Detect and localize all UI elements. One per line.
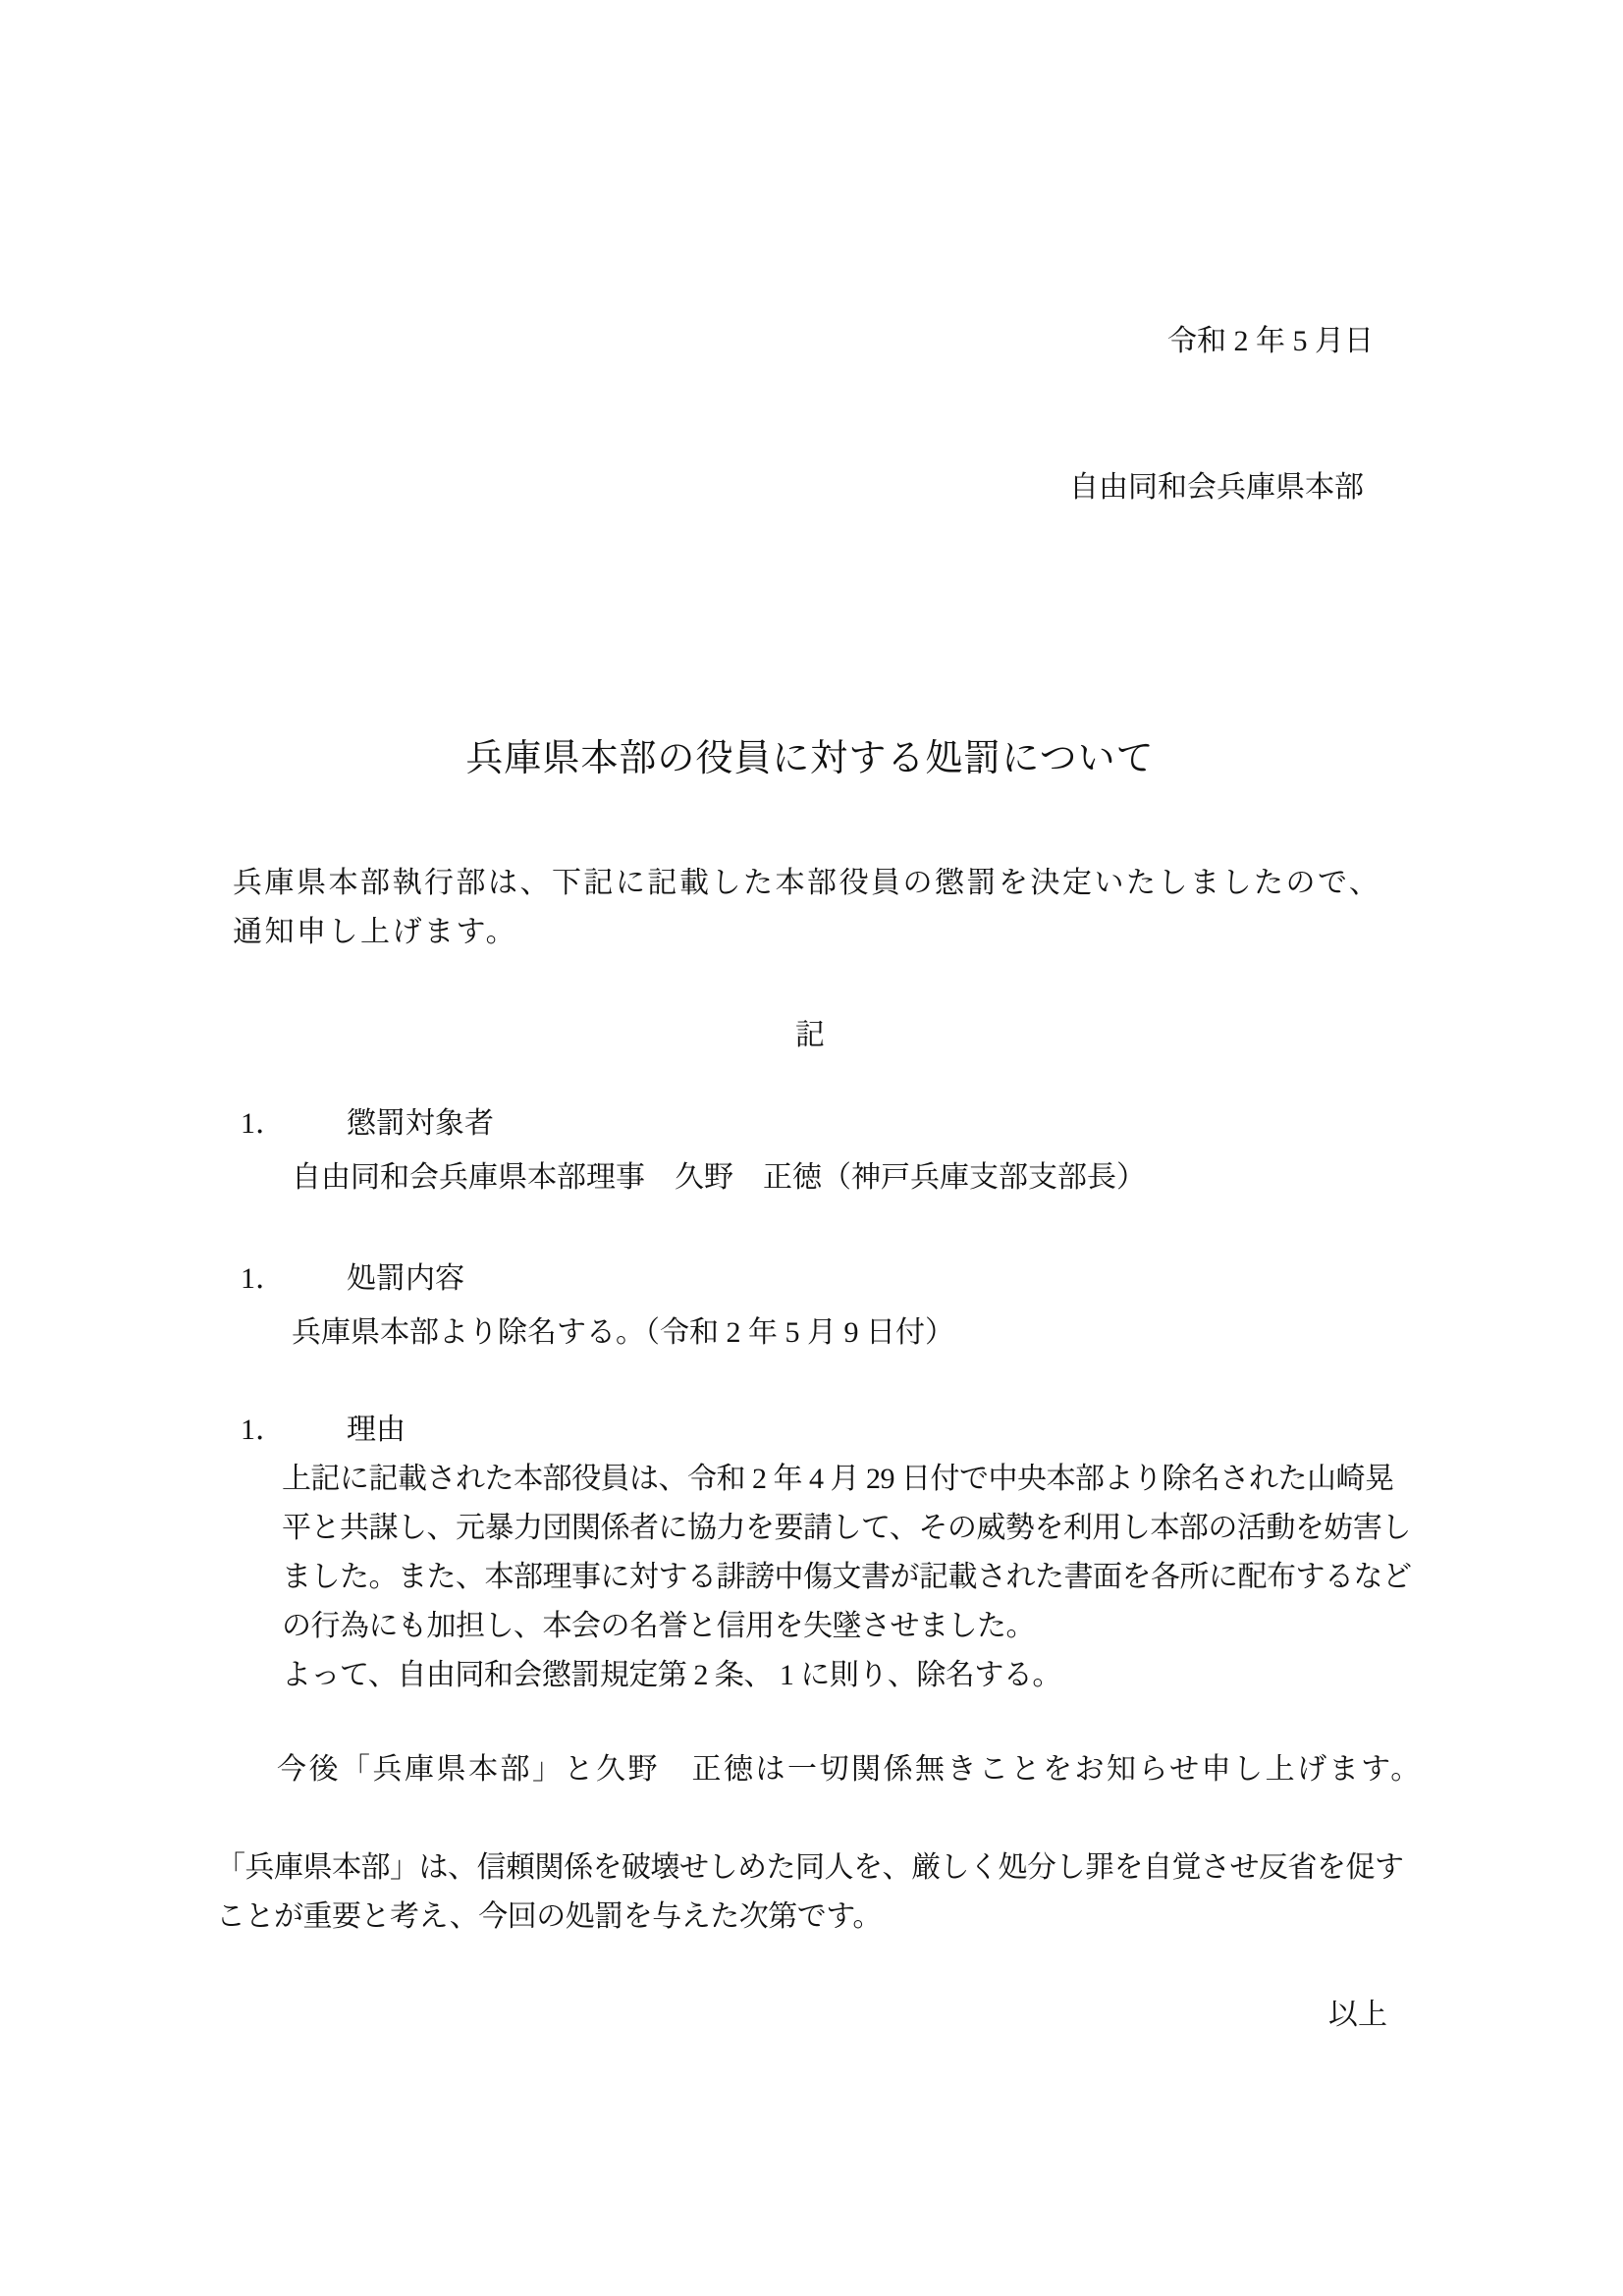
item-heading-row: 1．懲罰対象者 — [241, 1099, 1387, 1148]
issuer-name: 自由同和会兵庫県本部 — [233, 463, 1364, 512]
item-heading-label: 懲罰対象者 — [347, 1107, 494, 1140]
closing-paragraph: 「兵庫県本部」は、信頼関係を破壊せしめた同人を、厳しく処分し罪を自覚させ反省を促… — [216, 1843, 1387, 1942]
document-title: 兵庫県本部の役員に対する処罰について — [233, 731, 1387, 786]
item-body-punishment-content: 兵庫県本部より除名する。（令和 2 年 5 月 9 日付） — [292, 1308, 1387, 1358]
punishment-item-reason: 1．理由 上記に記載された本部役員は、令和 2 年 4 月 29 日付で中央本部… — [233, 1406, 1387, 1700]
item-heading-row: 1．処罰内容 — [241, 1255, 1387, 1304]
item-body-reason: 上記に記載された本部役員は、令和 2 年 4 月 29 日付で中央本部より除名さ… — [282, 1455, 1387, 1700]
item-number: 1． — [241, 1255, 347, 1304]
end-marker: 以上 — [233, 1991, 1387, 2040]
record-marker: 記 — [233, 1011, 1387, 1060]
punishment-item-target: 1．懲罰対象者 自由同和会兵庫県本部理事 久野 正徳（神戸兵庫支部支部長） — [233, 1099, 1387, 1202]
date-line: 令和 2 年 5 月日 — [233, 317, 1374, 366]
item-heading-row: 1．理由 — [241, 1406, 1387, 1455]
relationship-notice: 今後「兵庫県本部」と久野 正徳は一切関係無きことをお知らせ申し上げます。 — [277, 1745, 1387, 1794]
intro-paragraph: 兵庫県本部執行部は、下記に記載した本部役員の懲罰を決定いたしましたので、 通知申… — [233, 859, 1387, 957]
item-number: 1． — [241, 1406, 347, 1455]
item-body-target-person: 自由同和会兵庫県本部理事 久野 正徳（神戸兵庫支部支部長） — [292, 1153, 1387, 1202]
item-number: 1． — [241, 1099, 347, 1148]
item-heading-label: 理由 — [347, 1414, 406, 1446]
document-page: 令和 2 年 5 月日 自由同和会兵庫県本部 兵庫県本部の役員に対する処罰につい… — [0, 0, 1623, 2296]
item-heading-label: 処罰内容 — [347, 1262, 464, 1295]
punishment-item-content: 1．処罰内容 兵庫県本部より除名する。（令和 2 年 5 月 9 日付） — [233, 1255, 1387, 1358]
